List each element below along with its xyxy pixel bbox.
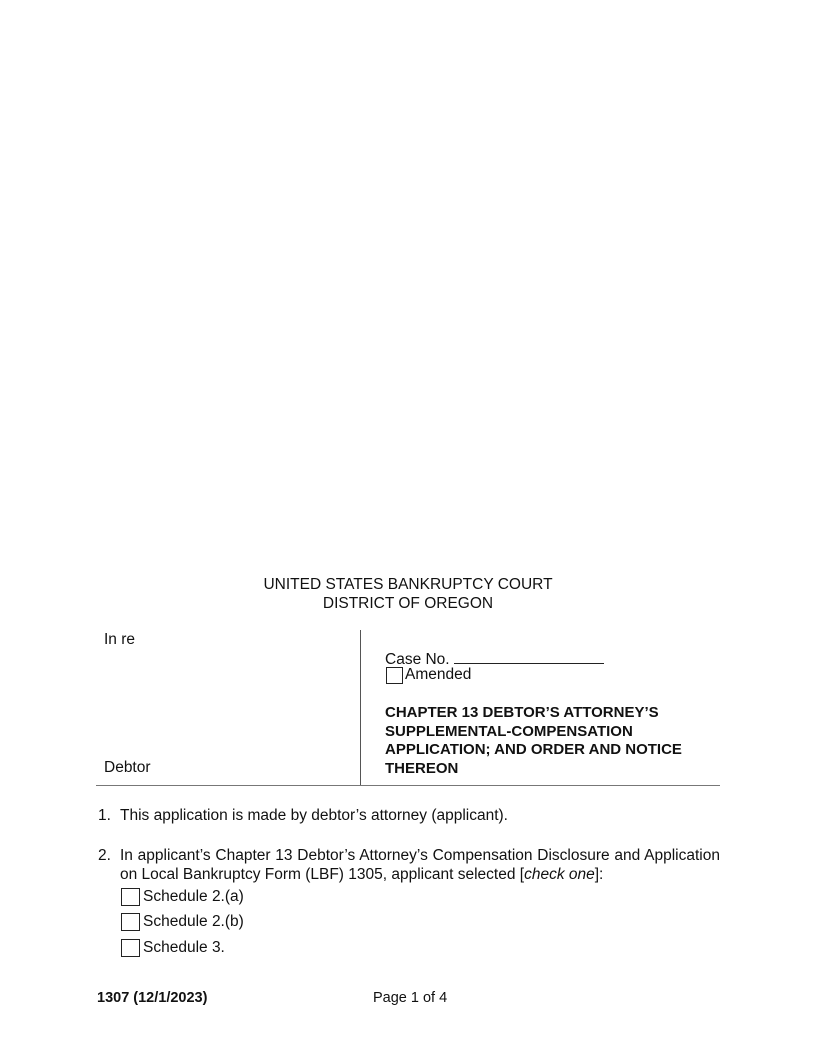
paragraph-text: This application is made by debtor’s att… <box>120 806 720 825</box>
title-line: THEREON <box>385 760 720 779</box>
amended-checkbox[interactable] <box>386 667 403 684</box>
in-re-label: In re <box>104 631 135 649</box>
schedule-3-checkbox[interactable] <box>121 939 140 957</box>
case-number-input[interactable] <box>454 649 604 664</box>
form-number: 1307 (12/1/2023) <box>97 990 207 1006</box>
debtor-label: Debtor <box>104 759 151 777</box>
option-schedule-2a[interactable]: Schedule 2.(a) <box>121 888 244 906</box>
option-schedule-3[interactable]: Schedule 3. <box>121 939 225 957</box>
title-line: APPLICATION; AND ORDER AND NOTICE <box>385 741 720 760</box>
paragraph-text: In applicant’s Chapter 13 Debtor’s Attor… <box>120 846 720 884</box>
caption-divider-horizontal <box>96 785 720 786</box>
schedule-2a-checkbox[interactable] <box>121 888 140 906</box>
paragraph-text-part: ]: <box>595 866 604 883</box>
court-heading: UNITED STATES BANKRUPTCY COURT DISTRICT … <box>0 575 816 613</box>
check-one-instruction: check one <box>524 866 595 883</box>
caption-divider-vertical <box>360 630 361 785</box>
document-title: CHAPTER 13 DEBTOR’S ATTORNEY’S SUPPLEMEN… <box>385 704 720 778</box>
page-number: Page 1 of 4 <box>373 990 447 1006</box>
amended-option[interactable]: Amended <box>386 666 471 684</box>
paragraph-number: 2. <box>98 846 111 865</box>
option-label: Schedule 2.(a) <box>143 888 244 906</box>
court-district: DISTRICT OF OREGON <box>0 594 816 613</box>
amended-label: Amended <box>405 666 471 684</box>
title-line: CHAPTER 13 DEBTOR’S ATTORNEY’S <box>385 704 720 723</box>
title-line: SUPPLEMENTAL-COMPENSATION <box>385 723 720 742</box>
schedule-2b-checkbox[interactable] <box>121 913 140 931</box>
option-label: Schedule 3. <box>143 939 225 957</box>
option-label: Schedule 2.(b) <box>143 913 244 931</box>
paragraph-number: 1. <box>98 806 111 825</box>
paragraph-text-part: In applicant’s Chapter 13 Debtor’s Attor… <box>120 847 720 883</box>
option-schedule-2b[interactable]: Schedule 2.(b) <box>121 913 244 931</box>
court-name: UNITED STATES BANKRUPTCY COURT <box>0 575 816 594</box>
